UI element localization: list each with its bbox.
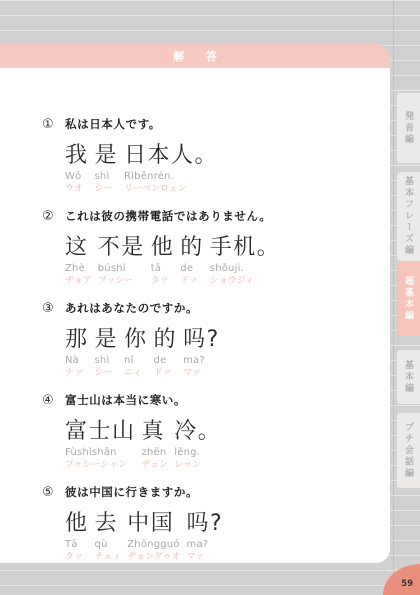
word-column: 这Zhèヂョア xyxy=(65,234,92,287)
word-column: 我Wǒウオ xyxy=(65,142,89,195)
item-head: ④富士山は本当に寒い。 xyxy=(42,392,370,409)
book-page: ①私は日本人です。我Wǒウオ是shìシー日本人。Rìběnrén.リーベンロェン… xyxy=(0,68,390,563)
word-column: 那Nàナァ xyxy=(65,326,89,379)
katakana-reading: ナァ xyxy=(65,368,89,379)
katakana-reading: ブッシー xyxy=(98,276,145,287)
page-edge xyxy=(393,0,394,595)
japanese-sentence: あれはあなたのですか。 xyxy=(65,300,198,316)
word-column: 是shìシー xyxy=(95,142,119,195)
item-head: ①私は日本人です。 xyxy=(42,116,370,133)
katakana-reading: ドァ xyxy=(180,276,204,287)
katakana-reading: ヂョア xyxy=(65,276,92,287)
word-column: 富士山Fùshìshānフゥシーシャン xyxy=(65,418,136,471)
katakana-reading: ニィ xyxy=(124,368,148,379)
katakana-reading: ヂョングゥオ xyxy=(127,552,180,563)
page-number: 59 xyxy=(401,579,413,589)
hanzi-word: 中国 xyxy=(127,510,180,538)
japanese-sentence: 富士山は本当に寒い。 xyxy=(65,392,186,408)
item-head: ②これは彼の携帯電話ではありません。 xyxy=(42,208,370,225)
hanzi-word: 是 xyxy=(95,326,119,354)
hanzi-word: 这 xyxy=(65,234,92,262)
hanzi-word: 他 xyxy=(65,510,89,538)
pinyin-reading: Zhè xyxy=(65,263,92,275)
chinese-answer: 那Nàナァ是shìシー你nǐニィ的deドァ吗?ma?マァ xyxy=(65,326,370,379)
pinyin-reading: Rìběnrén. xyxy=(124,171,218,183)
pinyin-reading: ma? xyxy=(187,539,224,551)
hanzi-word: 他 xyxy=(151,234,175,262)
word-column: 吗?ma?マァ xyxy=(183,326,220,379)
hanzi-word: 那 xyxy=(65,326,89,354)
katakana-reading: タァ xyxy=(151,276,175,287)
katakana-reading: チュィ xyxy=(95,552,122,563)
pinyin-reading: de xyxy=(154,355,178,367)
pinyin-reading: búshì xyxy=(98,263,145,275)
katakana-reading: マァ xyxy=(183,368,220,379)
hanzi-word: 不是 xyxy=(98,234,145,262)
pinyin-reading: Wǒ xyxy=(65,171,89,183)
pinyin-reading: tā xyxy=(151,263,175,275)
japanese-sentence: 私は日本人です。 xyxy=(65,116,161,132)
sidebar-tab-label: 基本フレーズ編 xyxy=(402,176,415,257)
hanzi-word: 你 xyxy=(124,326,148,354)
word-column: 的deドァ xyxy=(180,234,204,287)
item-number: ⑤ xyxy=(42,485,65,501)
item-head: ⑤彼は中国に行きますか。 xyxy=(42,484,370,501)
katakana-reading: ウオ xyxy=(65,184,89,195)
pinyin-reading: shì xyxy=(95,355,119,367)
item-number: ② xyxy=(42,209,65,225)
sidebar-tab: 発音編 xyxy=(397,93,420,163)
hanzi-word: 的 xyxy=(180,234,204,262)
katakana-reading: レゥン xyxy=(174,460,221,471)
word-column: 去qùチュィ xyxy=(95,510,122,563)
exercise-item: ③あれはあなたのですか。那Nàナァ是shìシー你nǐニィ的deドァ吗?ma?マァ xyxy=(42,300,370,379)
katakana-reading: ドァ xyxy=(154,368,178,379)
hanzi-word: 手机。 xyxy=(210,234,281,262)
japanese-sentence: 彼は中国に行きますか。 xyxy=(65,484,198,500)
hanzi-word: 富士山 xyxy=(65,418,136,446)
katakana-reading: タァ xyxy=(65,552,89,563)
exercise-item: ②これは彼の携帯電話ではありません。这Zhèヂョア不是búshìブッシー他tāタ… xyxy=(42,208,370,287)
item-head: ③あれはあなたのですか。 xyxy=(42,300,370,317)
sidebar-tab-label: 基本編 xyxy=(402,360,415,395)
hanzi-word: 我 xyxy=(65,142,89,170)
chinese-answer: 我Wǒウオ是shìシー日本人。Rìběnrén.リーベンロェン xyxy=(65,142,370,195)
chinese-answer: 这Zhèヂョア不是búshìブッシー他tāタァ的deドァ手机。shǒuji.ショ… xyxy=(65,234,370,287)
exercise-item: ⑤彼は中国に行きますか。他Tāタァ去qùチュィ中国Zhōngguóヂョングゥオ吗… xyxy=(42,484,370,563)
word-column: 你nǐニィ xyxy=(124,326,148,379)
word-column: 是shìシー xyxy=(95,326,119,379)
katakana-reading: マァ xyxy=(187,552,224,563)
hanzi-word: 是 xyxy=(95,142,119,170)
exercise-item: ①私は日本人です。我Wǒウオ是shìシー日本人。Rìběnrén.リーベンロェン xyxy=(42,116,370,195)
japanese-sentence: これは彼の携帯電話ではありません。 xyxy=(65,208,271,224)
answers-header: 解 答 xyxy=(0,44,390,68)
sidebar-tab: プチ会話編 xyxy=(397,413,420,488)
pinyin-reading: Fùshìshān xyxy=(65,447,136,459)
sidebar-tab: 超基本編 xyxy=(397,262,420,336)
hanzi-word: 日本人。 xyxy=(124,142,218,170)
word-column: 他Tāタァ xyxy=(65,510,89,563)
katakana-reading: ヂェン xyxy=(142,460,169,471)
item-number: ③ xyxy=(42,301,65,317)
answers-header-title: 解 答 xyxy=(164,48,226,64)
word-column: 手机。shǒuji.ショウジィ xyxy=(210,234,281,287)
hanzi-word: 真 xyxy=(142,418,169,446)
hanzi-word: 去 xyxy=(95,510,122,538)
sidebar-tab-label: 超基本編 xyxy=(402,276,415,322)
pinyin-reading: lěng. xyxy=(174,447,221,459)
pinyin-reading: nǐ xyxy=(124,355,148,367)
word-column: 日本人。Rìběnrén.リーベンロェン xyxy=(124,142,218,195)
katakana-reading: ショウジィ xyxy=(210,276,281,287)
chinese-answer: 富士山Fùshìshānフゥシーシャン真zhēnヂェン冷。lěng.レゥン xyxy=(65,418,370,471)
pinyin-reading: shì xyxy=(95,171,119,183)
pinyin-reading: Nà xyxy=(65,355,89,367)
hanzi-word: 冷。 xyxy=(174,418,221,446)
sidebar-tab: 基本フレーズ編 xyxy=(397,172,420,261)
pinyin-reading: shǒuji. xyxy=(210,263,281,275)
item-number: ④ xyxy=(42,393,65,409)
word-column: 冷。lěng.レゥン xyxy=(174,418,221,471)
katakana-reading: シー xyxy=(95,368,119,379)
pinyin-reading: zhēn xyxy=(142,447,169,459)
word-column: 不是búshìブッシー xyxy=(98,234,145,287)
word-column: 真zhēnヂェン xyxy=(142,418,169,471)
pinyin-reading: Tā xyxy=(65,539,89,551)
katakana-reading: フゥシーシャン xyxy=(65,460,136,471)
hanzi-word: 的 xyxy=(154,326,178,354)
katakana-reading: リーベンロェン xyxy=(124,184,218,195)
sidebar-tab-label: 発音編 xyxy=(402,111,415,146)
hanzi-word: 吗? xyxy=(187,510,224,538)
hanzi-word: 吗? xyxy=(183,326,220,354)
word-column: 吗?ma?マァ xyxy=(187,510,224,563)
word-column: 的deドァ xyxy=(154,326,178,379)
exercise-item: ④富士山は本当に寒い。富士山Fùshìshānフゥシーシャン真zhēnヂェン冷。… xyxy=(42,392,370,471)
pinyin-reading: de xyxy=(180,263,204,275)
chinese-answer: 他Tāタァ去qùチュィ中国Zhōngguóヂョングゥオ吗?ma?マァ xyxy=(65,510,370,563)
pinyin-reading: qù xyxy=(95,539,122,551)
page-number-badge: 59 xyxy=(383,564,420,595)
sidebar-tab: 基本編 xyxy=(397,350,420,404)
answers-list: ①私は日本人です。我Wǒウオ是shìシー日本人。Rìběnrén.リーベンロェン… xyxy=(42,116,370,576)
item-number: ① xyxy=(42,117,65,133)
sidebar-tab-label: プチ会話編 xyxy=(402,422,415,480)
katakana-reading: シー xyxy=(95,184,119,195)
pinyin-reading: Zhōngguó xyxy=(127,539,180,551)
word-column: 他tāタァ xyxy=(151,234,175,287)
pinyin-reading: ma? xyxy=(183,355,220,367)
word-column: 中国Zhōngguóヂョングゥオ xyxy=(127,510,180,563)
